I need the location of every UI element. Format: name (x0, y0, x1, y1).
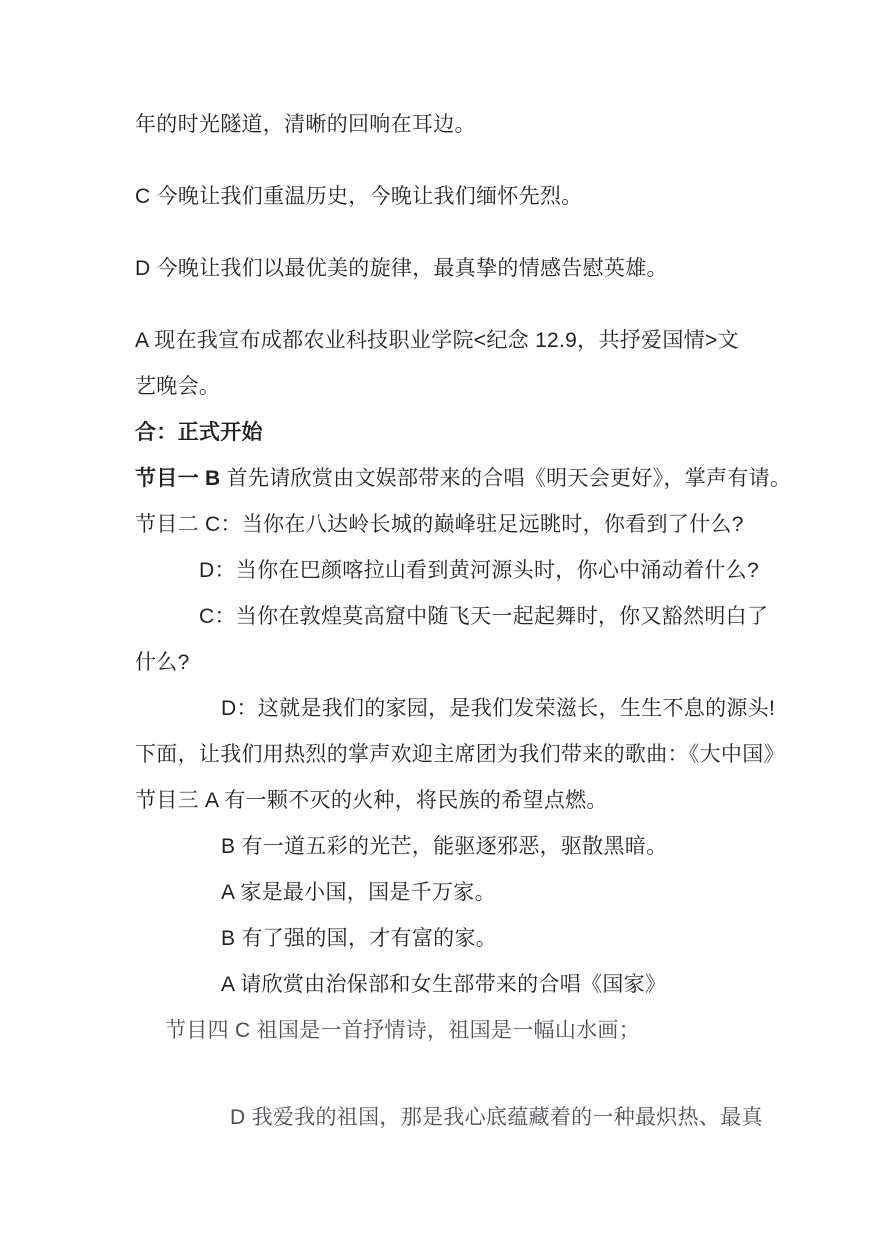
script-line: B 有一道五彩的光芒，能驱逐邪恶，驱散黑暗。 (135, 830, 804, 864)
script-line-text: D：这就是我们的家园，是我们发荣滋长，生生不息的源头! (221, 697, 775, 720)
script-line: 节目二 C：当你在八达岭长城的巅峰驻足远眺时，你看到了什么? (135, 508, 804, 542)
script-line: D 我爱我的祖国，那是我心底蕴藏着的一种最炽热、最真 (135, 1101, 804, 1135)
script-line-text: 艺晚会。 (135, 375, 220, 398)
script-line-text: D 今晚让我们以最优美的旋律，最真挚的情感告慰英雄。 (135, 257, 668, 280)
script-line: 节目三 A 有一颗不灭的火种，将民族的希望点燃。 (135, 784, 804, 818)
script-line-text: C：当你在敦煌莫高窟中随飞天一起起舞时，你又豁然明白了 (199, 605, 768, 628)
script-line-bold-text: 节目一 B (135, 467, 227, 490)
script-line-text: D 我爱我的祖国，那是我心底蕴藏着的一种最炽热、最真 (230, 1106, 763, 1129)
document-page: 年的时光隧道，清晰的回响在耳边。C 今晚让我们重温历史，今晚让我们缅怀先烈。D … (0, 0, 884, 1250)
script-line: A 现在我宣布成都农业科技职业学院<纪念 12.9，共抒爱国情>文 (135, 324, 804, 358)
script-line: 艺晚会。 (135, 370, 804, 404)
script-line-text: 节目三 A 有一颗不灭的火种，将民族的希望点燃。 (135, 789, 608, 812)
script-line: 年的时光隧道，清晰的回响在耳边。 (135, 108, 804, 142)
script-line: C：当你在敦煌莫高窟中随飞天一起起舞时，你又豁然明白了 (135, 600, 804, 634)
script-line-text: C 今晚让我们重温历史，今晚让我们缅怀先烈。 (135, 185, 583, 208)
script-line-text: B 有了强的国，才有富的家。 (221, 927, 497, 950)
script-line-text: A 现在我宣布成都农业科技职业学院<纪念 12.9，共抒爱国情>文 (135, 329, 739, 352)
script-line-text: B 有一道五彩的光芒，能驱逐邪恶，驱散黑暗。 (221, 835, 667, 858)
script-line: 节目一 B 首先请欣赏由文娱部带来的合唱《明天会更好》，掌声有请。 (135, 462, 804, 496)
script-line: B 有了强的国，才有富的家。 (135, 922, 804, 956)
script-line-text: A 家是最小国，国是千万家。 (221, 881, 496, 904)
script-line-text: D：当你在巴颜喀拉山看到黄河源头时，你心中涌动着什么? (199, 559, 759, 582)
script-lines: 年的时光隧道，清晰的回响在耳边。C 今晚让我们重温历史，今晚让我们缅怀先烈。D … (135, 108, 804, 1135)
script-line-text: 首先请欣赏由文娱部带来的合唱《明天会更好》，掌声有请。 (227, 467, 792, 490)
script-line-bold-text: 合：正式开始 (135, 421, 263, 444)
script-line-text: A 请欣赏由治保部和女生部带来的合唱《国家》 (221, 973, 666, 996)
script-line: D：当你在巴颜喀拉山看到黄河源头时，你心中涌动着什么? (135, 554, 804, 588)
script-line-text: 节目四 C 祖国是一首抒情诗，祖国是一幅山水画； (165, 1019, 640, 1042)
script-line-text: 年的时光隧道，清晰的回响在耳边。 (135, 113, 476, 136)
script-line-text: 什么? (135, 651, 190, 674)
script-line-text: 节目二 C：当你在八达岭长城的巅峰驻足远眺时，你看到了什么? (135, 513, 744, 536)
script-line: D 今晚让我们以最优美的旋律，最真挚的情感告慰英雄。 (135, 252, 804, 286)
script-line: A 家是最小国，国是千万家。 (135, 876, 804, 910)
script-line: 什么? (135, 646, 804, 680)
script-line: C 今晚让我们重温历史，今晚让我们缅怀先烈。 (135, 180, 804, 214)
script-line: D：这就是我们的家园，是我们发荣滋长，生生不息的源头! (135, 692, 804, 726)
script-line-text: 下面，让我们用热烈的掌声欢迎主席团为我们带来的歌曲：《大中国》 (135, 743, 785, 766)
script-line: 合：正式开始 (135, 416, 804, 450)
script-line: 下面，让我们用热烈的掌声欢迎主席团为我们带来的歌曲：《大中国》 (135, 738, 804, 772)
script-line: A 请欣赏由治保部和女生部带来的合唱《国家》 (135, 968, 804, 1002)
script-line: 节目四 C 祖国是一首抒情诗，祖国是一幅山水画； (135, 1014, 804, 1048)
